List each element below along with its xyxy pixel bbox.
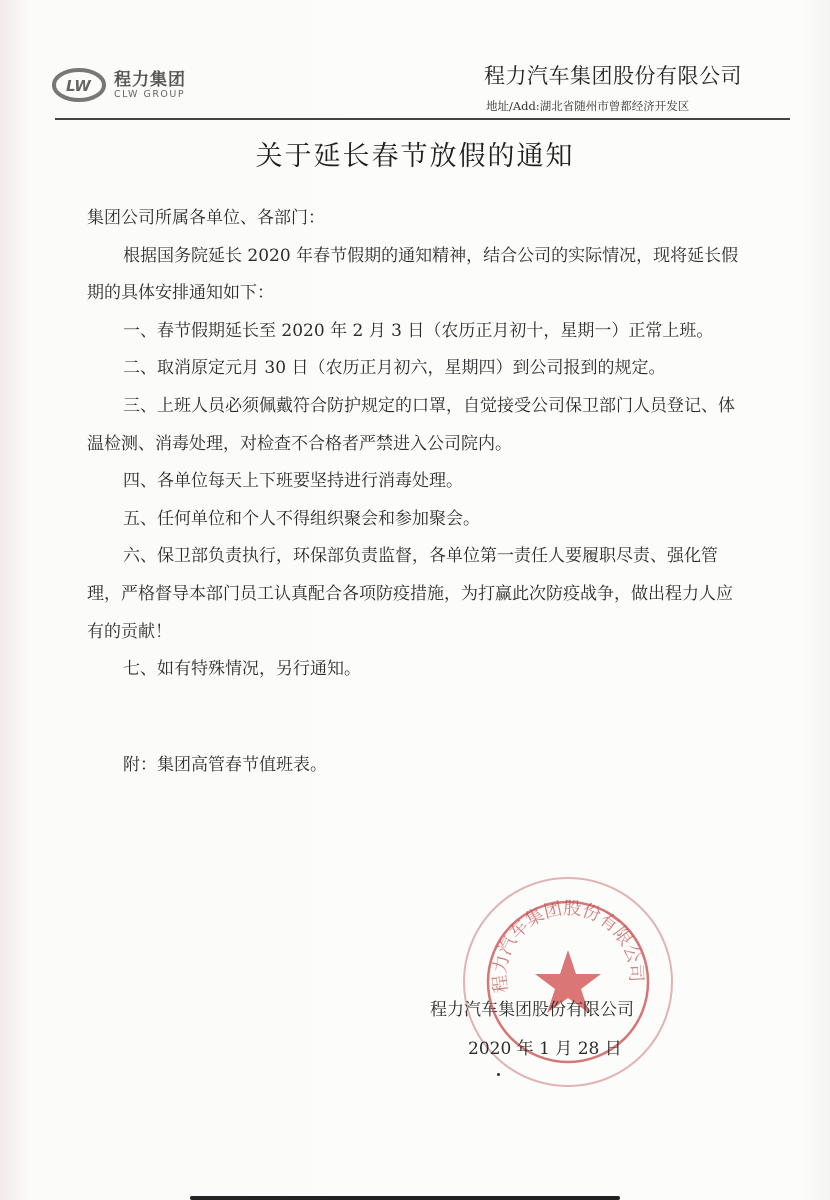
notice-item-2: 二、取消原定元月 30 日（农历正月初六，星期四）到公司报到的规定。	[87, 350, 749, 388]
svg-text:LW: LW	[66, 77, 92, 95]
document-body: 集团公司所属各单位、各部门： 根据国务院延长 2020 年春节假期的通知精神，结…	[87, 200, 749, 784]
attachment-note: 附：集团高管春节值班表。	[87, 747, 749, 785]
document-page: LW 程力集团 CLW GROUP 程力汽车集团股份有限公司 地址/Add:湖北…	[0, 0, 830, 1200]
letterhead-company-name: 程力汽车集团股份有限公司	[484, 60, 742, 90]
notice-item-5: 五、任何单位和个人不得组织聚会和参加聚会。	[87, 501, 749, 539]
notice-item-7: 七、如有特殊情况，另行通知。	[87, 651, 749, 689]
bottom-edge-shadow	[190, 1196, 620, 1200]
clw-logo-icon: LW	[52, 68, 106, 102]
spacer	[87, 689, 749, 747]
salutation: 集团公司所属各单位、各部门：	[87, 200, 749, 238]
notice-item-3: 三、上班人员必须佩戴符合防护规定的口罩，自觉接受公司保卫部门人员登记、体温检测、…	[87, 388, 749, 463]
company-logo: LW 程力集团 CLW GROUP	[52, 68, 186, 102]
document-title: 关于延长春节放假的通知	[0, 134, 830, 173]
signature-company: 程力汽车集团股份有限公司	[430, 995, 634, 1020]
ink-dot	[497, 1073, 500, 1076]
company-seal: 程力汽车集团股份有限公司	[458, 872, 678, 1092]
notice-item-6: 六、保卫部负责执行，环保部负责监督，各单位第一责任人要履职尽责、强化管理，严格督…	[87, 538, 749, 651]
letterhead-divider	[55, 118, 790, 120]
logo-cn-text: 程力集团	[114, 71, 186, 89]
letterhead-address: 地址/Add:湖北省随州市曾都经济开发区	[486, 98, 689, 114]
signature-date: 2020 年 1 月 28 日	[468, 1034, 622, 1059]
intro-paragraph: 根据国务院延长 2020 年春节假期的通知精神，结合公司的实际情况，现将延长假期…	[87, 238, 749, 313]
notice-item-1: 一、春节假期延长至 2020 年 2 月 3 日（农历正月初十，星期一）正常上班…	[87, 313, 749, 351]
notice-item-4: 四、各单位每天上下班要坚持进行消毒处理。	[87, 463, 749, 501]
logo-en-text: CLW GROUP	[114, 89, 186, 100]
